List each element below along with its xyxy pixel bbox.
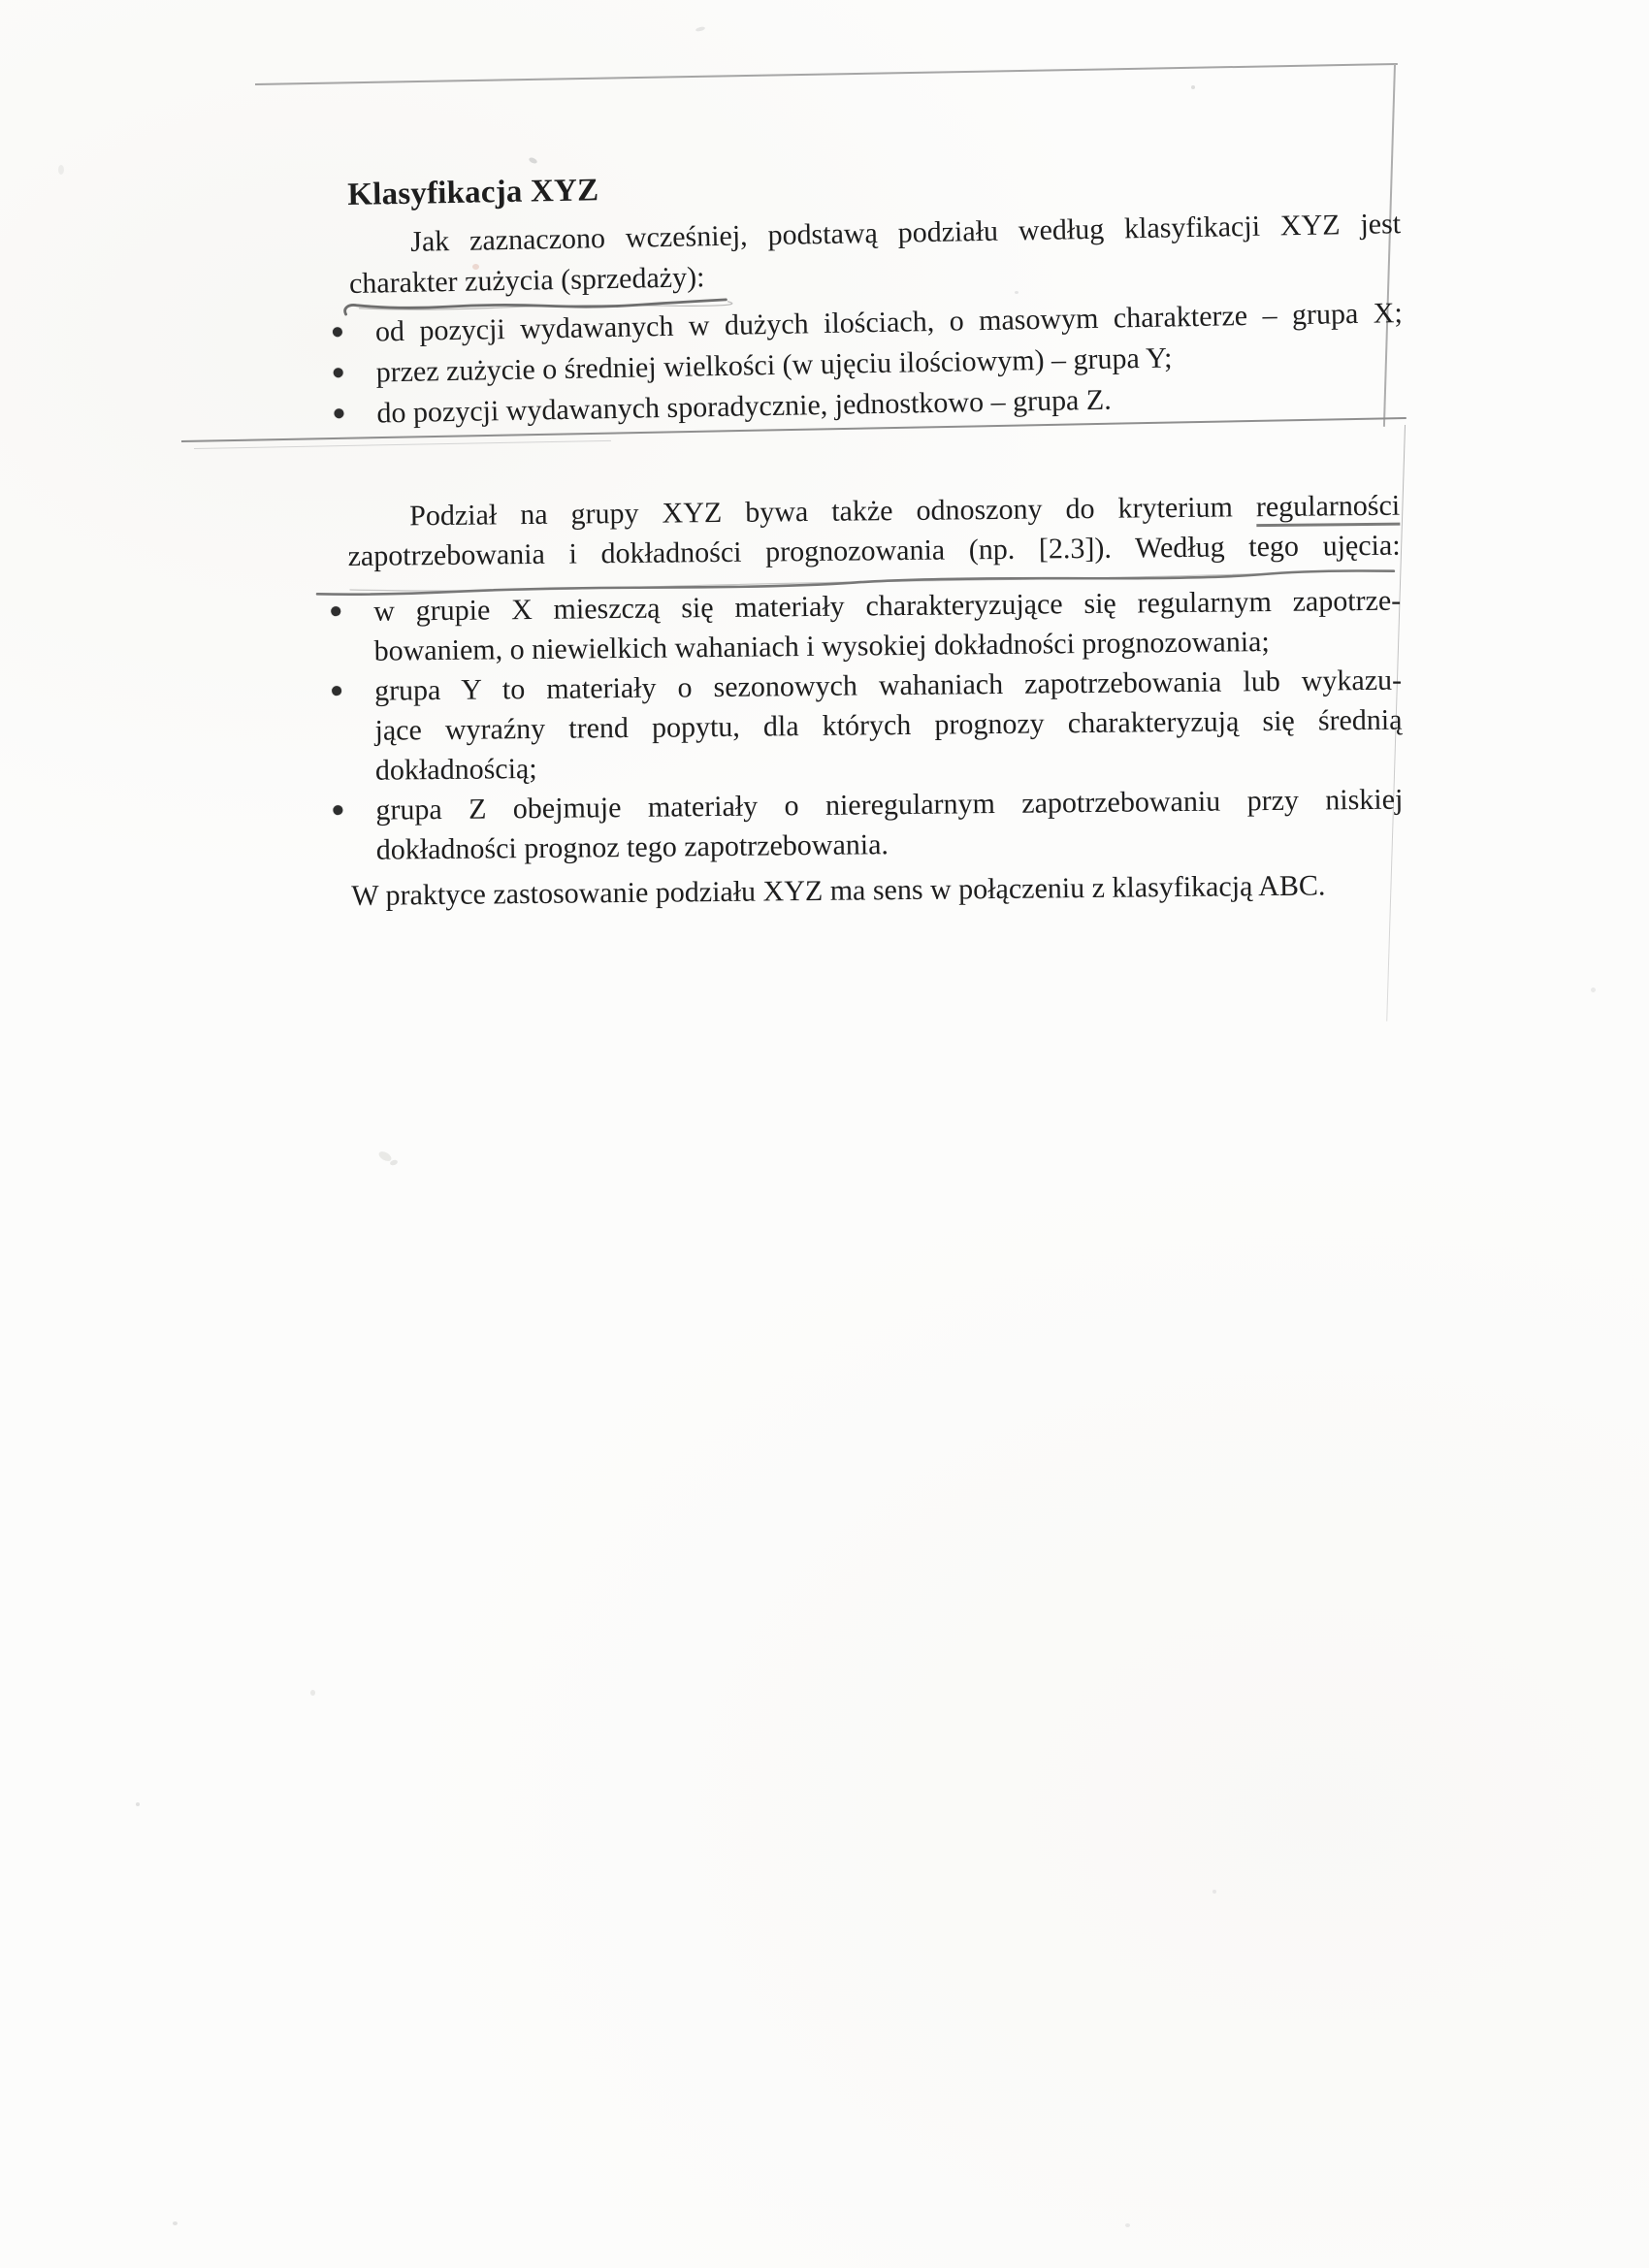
scan-speck bbox=[136, 1802, 140, 1806]
section-divider-echo-line bbox=[194, 440, 611, 449]
intro-paragraph: Jak zaznaczono wcześniej, podstawą podzi… bbox=[348, 204, 1402, 305]
scan-speck bbox=[1125, 2223, 1130, 2227]
scan-speck bbox=[58, 165, 64, 175]
xyz-criteria-paragraph: Podział na grupy XYZ bywa także odnoszon… bbox=[347, 486, 1401, 576]
list-item: w grupie X mieszczą się materiały charak… bbox=[373, 581, 1402, 671]
bullet-dot-icon bbox=[334, 368, 343, 377]
scan-speck bbox=[528, 156, 537, 164]
xyz-groups-list: w grupie X mieszczą się materiały charak… bbox=[348, 581, 1404, 870]
top-section: Klasyfikacja XYZ Jak zaznaczono wcześnie… bbox=[347, 157, 1405, 435]
bullet-dot-icon bbox=[333, 805, 342, 815]
scan-speck bbox=[173, 2221, 178, 2225]
closing-paragraph: W praktyce zastosowanie podziału XYZ ma … bbox=[351, 865, 1404, 916]
scan-speck bbox=[695, 26, 706, 32]
usage-type-list: od pozycji wydawanych w dużych ilościach… bbox=[350, 293, 1405, 435]
scan-speck bbox=[310, 1690, 315, 1696]
criteria-line-1-text: Podział na grupy XYZ bywa także odnoszon… bbox=[409, 491, 1256, 532]
lower-section: Podział na grupy XYZ bywa także odnoszon… bbox=[347, 486, 1404, 916]
scan-speck bbox=[1591, 988, 1596, 992]
scanned-document-page: { "document": { "section1": { "heading":… bbox=[0, 0, 1649, 2268]
document-heading: Klasyfikacja XYZ bbox=[347, 157, 1401, 213]
scan-speck bbox=[377, 1150, 393, 1163]
scan-speck bbox=[1212, 1890, 1216, 1894]
bullet-dot-icon bbox=[333, 327, 342, 337]
bullet-dot-icon bbox=[332, 686, 341, 696]
underlined-word-regularnosci: regularności bbox=[1256, 490, 1401, 528]
bullet-dot-icon bbox=[334, 408, 343, 418]
scanned-strip-top-edge bbox=[255, 63, 1398, 85]
list-item: grupa Z obejmuje materiały o nieregularn… bbox=[375, 780, 1404, 870]
bullet-dot-icon bbox=[331, 606, 340, 616]
scan-speck bbox=[1191, 85, 1195, 89]
scan-speck bbox=[389, 1159, 398, 1166]
list-item: grupa Y to materiały o sezonowych wahani… bbox=[374, 661, 1403, 791]
